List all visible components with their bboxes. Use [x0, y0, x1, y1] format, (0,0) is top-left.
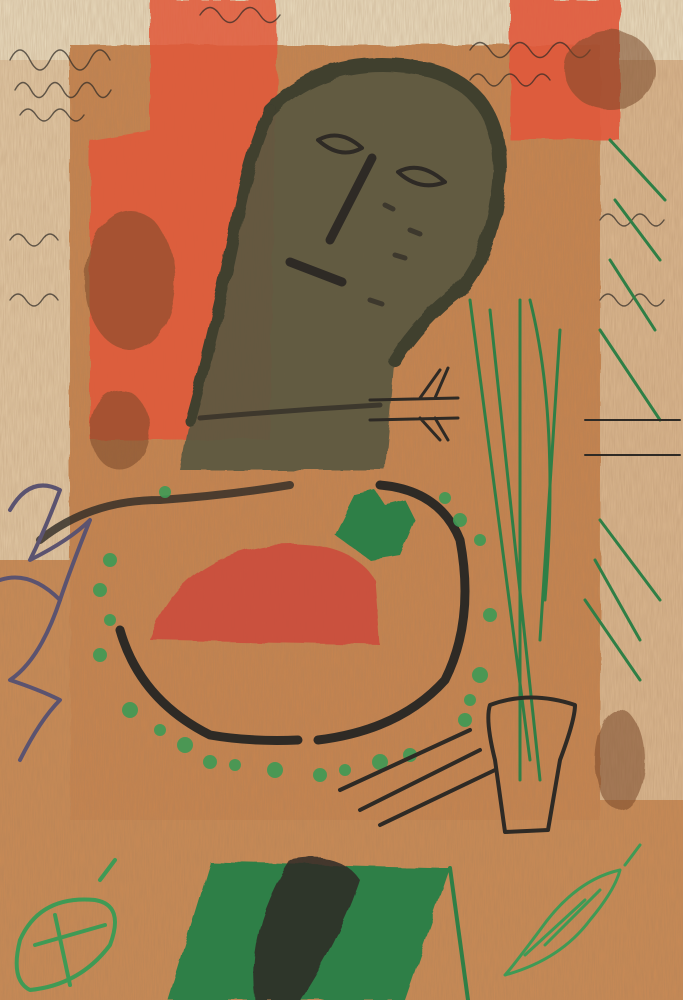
painting-canvas	[0, 0, 683, 1000]
